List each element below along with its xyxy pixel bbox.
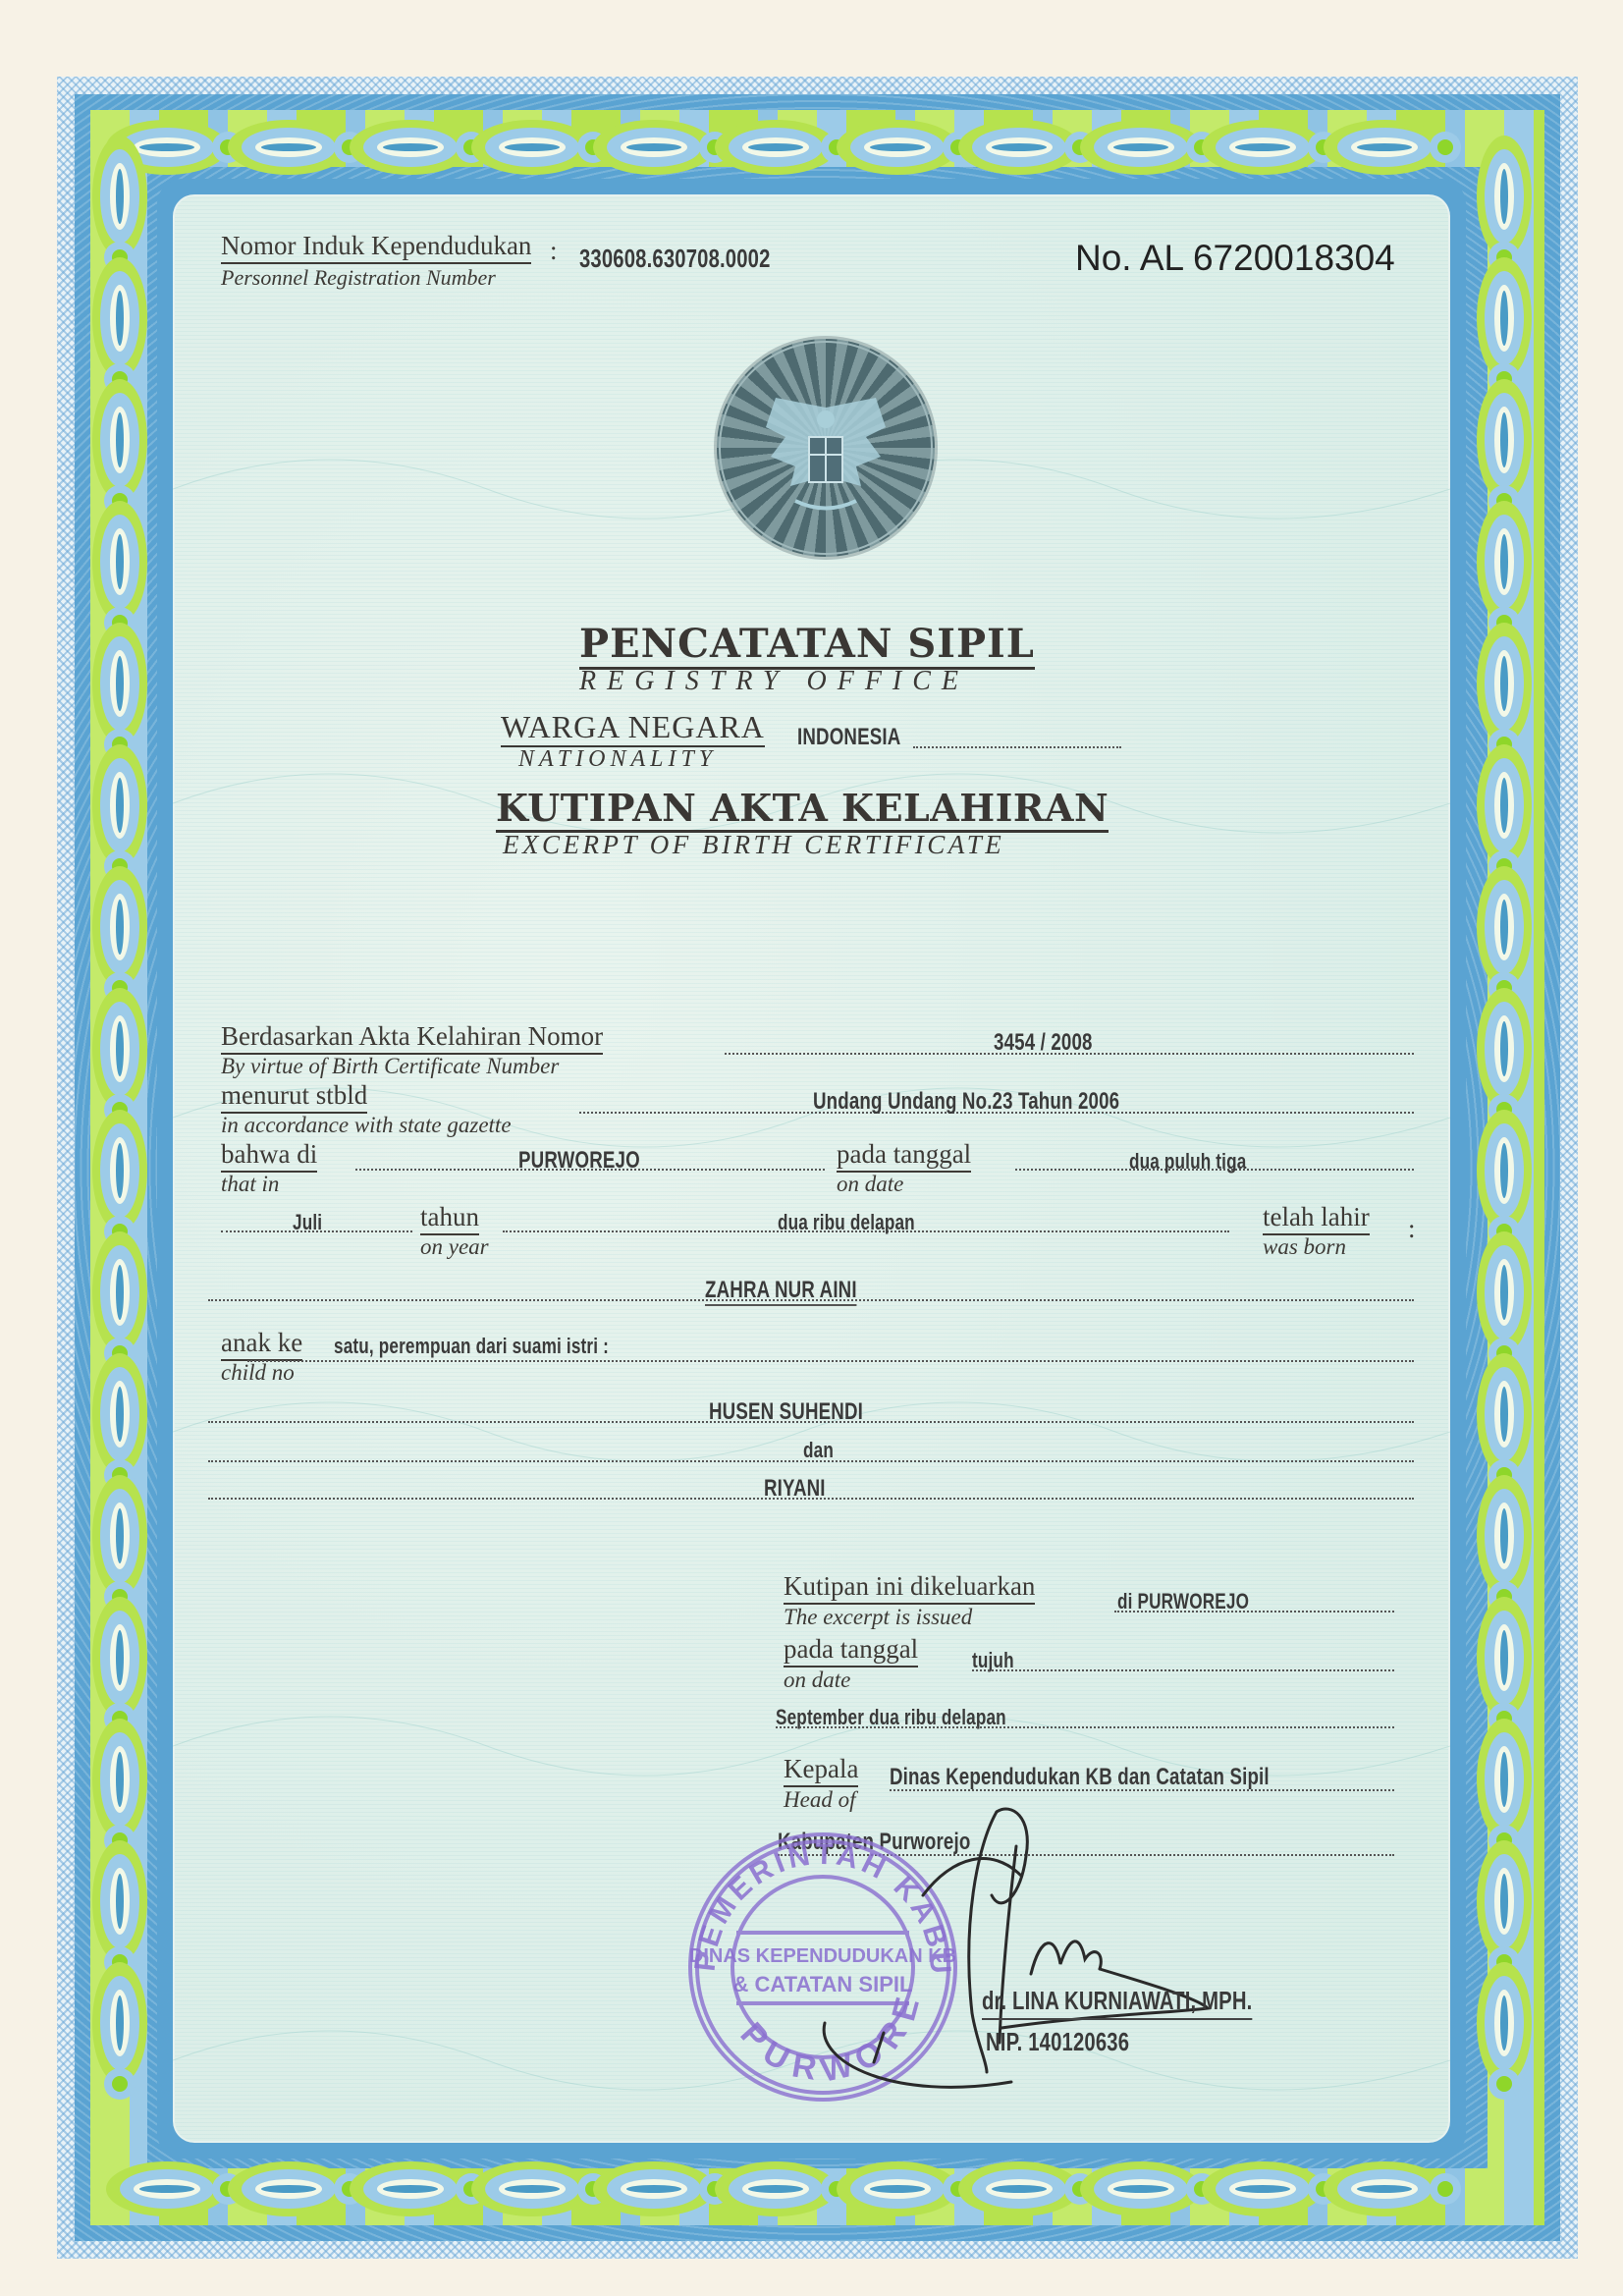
conjunction-text: dan [803, 1438, 834, 1463]
gazette-value: Undang Undang No.23 Tahun 2006 [813, 1088, 1119, 1116]
official-nip: NIP. 140120636 [986, 2027, 1129, 2057]
nik-sub-label: Personnel Registration Number [221, 265, 496, 291]
registry-office-title: PENCATATAN SIPIL [579, 621, 1035, 670]
birth-year-sub-label: on year [420, 1234, 489, 1260]
gazette-label: menurut stbld [221, 1080, 367, 1114]
issued-day-dotted-line [972, 1669, 1394, 1671]
cert-number-label: Berdasarkan Akta Kelahiran Nomor [221, 1021, 603, 1055]
document-title: KUTIPAN AKTA KELAHIRAN [496, 786, 1109, 833]
child-number-value: satu, perempuan dari suami istri : [334, 1334, 609, 1359]
serial-number: No. AL 6720018304 [1075, 238, 1395, 279]
father-name-value: HUSEN SUHENDI [709, 1398, 863, 1426]
nationality-dotted-line [913, 746, 1121, 748]
head-label: Kepala [784, 1754, 858, 1787]
gazette-sub-label: in accordance with state gazette [221, 1113, 512, 1138]
child-number-dotted-line [247, 1360, 1414, 1362]
nationality-label: WARGA NEGARA [501, 709, 765, 747]
birth-year-label: tahun [420, 1202, 479, 1235]
child-number-sub-label: child no [221, 1360, 295, 1386]
child-name-value: ZAHRA NUR AINI [705, 1277, 857, 1306]
birth-place-sub-label: that in [221, 1172, 279, 1197]
issued-date-label: pada tanggal [784, 1634, 918, 1667]
issued-sub-label: The excerpt is issued [784, 1605, 972, 1630]
birth-date-value: dua puluh tiga [1129, 1149, 1246, 1175]
issued-month-year-dotted-line [776, 1726, 1394, 1728]
issued-label: Kutipan ini dikeluarkan [784, 1571, 1035, 1605]
cert-number-value: 3454 / 2008 [994, 1029, 1093, 1057]
child-number-label: anak ke [221, 1328, 302, 1361]
birth-place-label: bahwa di [221, 1139, 317, 1173]
was-born-colon: : [1408, 1214, 1416, 1244]
issued-place-dotted-line [1114, 1611, 1394, 1613]
registry-office-subtitle: REGISTRY OFFICE [579, 666, 969, 697]
birth-date-label: pada tanggal [837, 1139, 971, 1173]
nationality-sub-label: NATIONALITY [518, 746, 717, 773]
was-born-sub-label: was born [1263, 1234, 1346, 1260]
birth-place-value: PURWOREJO [518, 1147, 640, 1175]
garuda-emblem-hologram-icon [717, 339, 935, 557]
nik-colon: : [550, 236, 558, 266]
cert-number-sub-label: By virtue of Birth Certificate Number [221, 1054, 559, 1079]
nik-label: Nomor Induk Kependudukan [221, 231, 531, 264]
issued-date-sub-label: on date [784, 1667, 850, 1693]
was-born-label: telah lahir [1263, 1202, 1370, 1235]
birth-date-sub-label: on date [837, 1172, 903, 1197]
mother-name-value: RIYANI [764, 1475, 826, 1503]
document-subtitle: EXCERPT OF BIRTH CERTIFICATE [503, 830, 1004, 860]
official-name: dr. LINA KURNIAWATI, MPH. [982, 1986, 1252, 2020]
birth-month-value: Juli [293, 1210, 322, 1235]
birth-year-value: dua ribu delapan [778, 1210, 915, 1235]
nationality-value: INDONESIA [797, 724, 900, 751]
nik-value: 330608.630708.0002 [579, 244, 771, 274]
